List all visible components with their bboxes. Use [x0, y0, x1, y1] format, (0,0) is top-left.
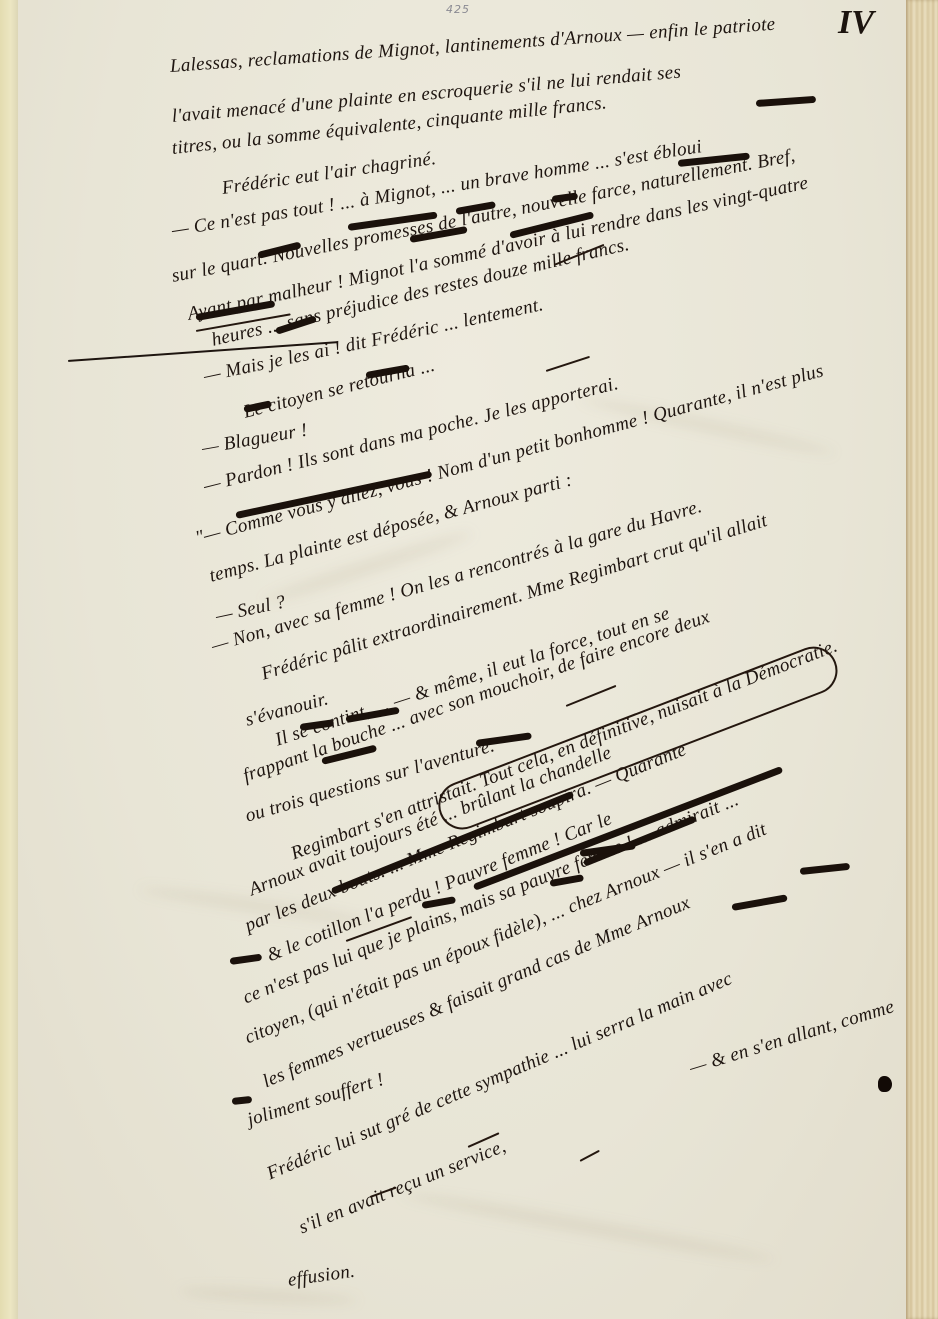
- folio-number: 425: [446, 3, 470, 16]
- ink-bleed-through: [400, 1187, 777, 1267]
- page-stack-edges: [906, 0, 938, 1319]
- binding-strip: [0, 0, 18, 1319]
- ink-bleed-through: [178, 1285, 358, 1306]
- chapter-mark: IV: [838, 4, 874, 42]
- ink-blot: [878, 1076, 892, 1092]
